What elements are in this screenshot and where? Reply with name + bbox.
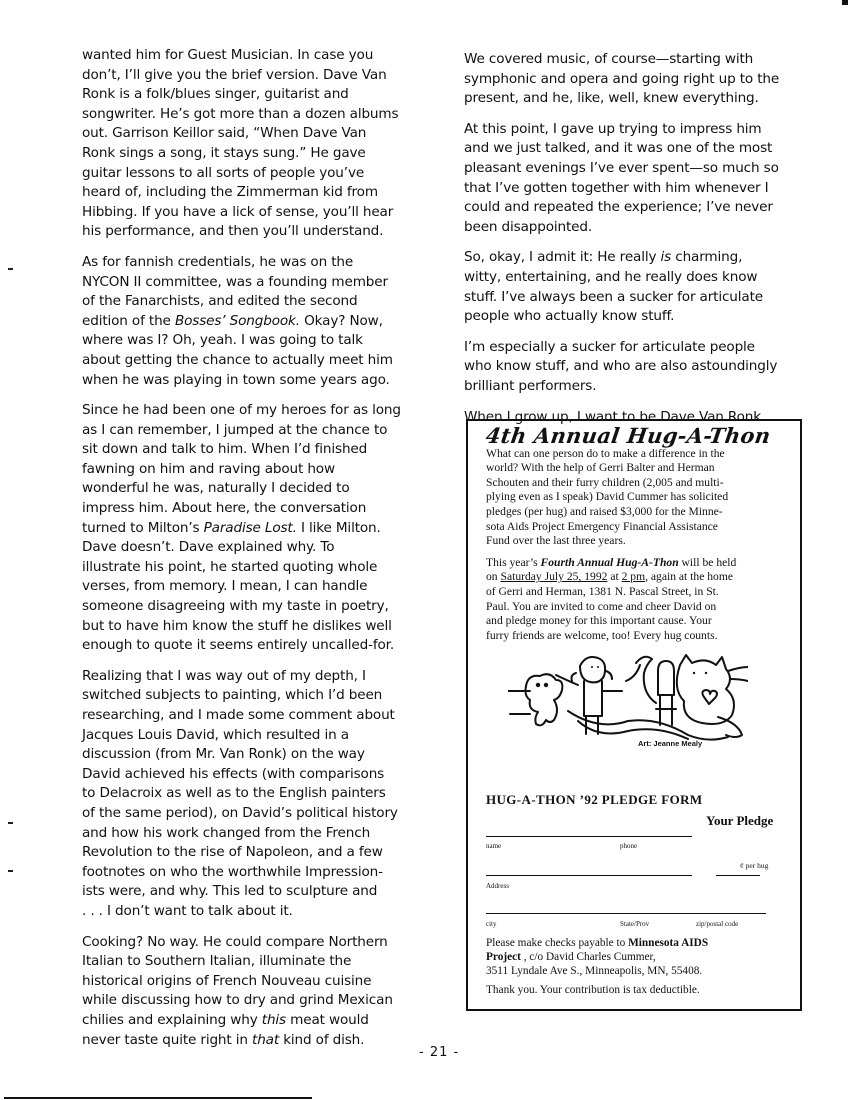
text-line: present, and he, like, well, knew everyt… <box>464 89 809 109</box>
text-line: on Saturday July 25, 1992 at 2 pm, again… <box>486 570 786 585</box>
text-line: historical origins of French Nouveau cui… <box>82 972 430 992</box>
text-line: enough to quote it seems entirely uncall… <box>82 636 430 656</box>
phone-field-label: phone <box>620 839 637 854</box>
text-line: but to have him know the stuff he dislik… <box>82 617 430 637</box>
text-line: chilies and explaining why this meat wou… <box>82 1011 430 1031</box>
margin-mark <box>8 822 13 824</box>
text-line: footnotes on who the worthwhile Impressi… <box>82 863 430 883</box>
text-run: charming, <box>671 249 742 265</box>
text-run: I like Milton. <box>297 520 381 536</box>
scan-corner-mark <box>842 0 848 5</box>
text-line: sit down and talk to him. When I’d finis… <box>82 440 430 460</box>
name-field-label: name <box>486 839 501 854</box>
emphasis-italic: is <box>661 249 672 265</box>
text-run: on <box>486 570 501 583</box>
text-line: NYCON II committee, was a founding membe… <box>82 273 430 293</box>
text-line: out. Garrison Keillor said, “When Dave V… <box>82 124 430 144</box>
margin-mark <box>8 870 13 872</box>
hugging-animals-illustration <box>508 651 748 746</box>
text-line: heard of, including the Zimmerman kid fr… <box>82 183 430 203</box>
text-line: as I can remember, I jumped at the chanc… <box>82 421 430 441</box>
text-line: ists were, and why. This led to sculptur… <box>82 882 430 902</box>
hugathon-title: 4th Annual Hug-A-Thon <box>485 429 787 444</box>
text-line: pleasant evenings I’ve ever spent—so muc… <box>464 159 809 179</box>
text-line: been disappointed. <box>464 218 809 238</box>
book-title-italic: Bosses’ Songbook. <box>175 313 300 329</box>
hugathon-intro: What can one person do to make a differe… <box>486 447 786 549</box>
text-line: brilliant performers. <box>464 377 809 397</box>
text-line: Ronk sings a song, it stays sung.” He ga… <box>82 144 430 164</box>
text-line: who know stuff, and who are also astound… <box>464 357 809 377</box>
text-line: Please make checks payable to Minnesota … <box>486 937 796 951</box>
text-line: where was I? Oh, yeah. I was going to ta… <box>82 331 430 351</box>
text-line: his performance, and then you’ll underst… <box>82 222 430 242</box>
text-run: never taste quite right in <box>82 1032 252 1048</box>
article-paragraph-9: I’m especially a sucker for articulate p… <box>464 338 809 397</box>
text-line: illustrate his point, he started quoting… <box>82 558 430 578</box>
text-line: This year’s Fourth Annual Hug-A-Thon wil… <box>486 556 786 571</box>
text-line: Italian to Southern Italian, illuminate … <box>82 952 430 972</box>
text-run: turned to Milton’s <box>82 520 204 536</box>
text-run: edition of the <box>82 313 175 329</box>
event-time: 2 pm <box>622 570 646 583</box>
organization-name: Minnesota AIDS <box>628 937 708 949</box>
text-line: turned to Milton’s Paradise Lost. I like… <box>82 519 430 539</box>
text-line: I’m especially a sucker for articulate p… <box>464 338 809 358</box>
newsletter-page: wanted him for Guest Musician. In case y… <box>0 0 850 1100</box>
hugathon-event-details: This year’s Fourth Annual Hug-A-Thon wil… <box>486 556 786 644</box>
text-line: Cooking? No way. He could compare Northe… <box>82 933 430 953</box>
text-run: , again at the home <box>645 570 733 583</box>
text-line: and pledge money for this important caus… <box>486 614 786 629</box>
art-credit: Art: Jeanne Mealy <box>638 737 702 752</box>
hugathon-content: 4th Annual Hug-A-Thon What can one perso… <box>486 421 786 650</box>
text-line: plying even as I speak) David Cummer has… <box>486 490 786 505</box>
text-line: to Delacroix as well as to the English p… <box>82 784 430 804</box>
text-line: world? With the help of Gerri Balter and… <box>486 461 786 476</box>
city-field-label: city <box>486 917 497 932</box>
text-line: stuff. I’ve always been a sucker for art… <box>464 288 809 308</box>
text-line: of Gerri and Herman, 1381 N. Pascal Stre… <box>486 585 786 600</box>
article-paragraph-8: So, okay, I admit it: He really is charm… <box>464 248 809 326</box>
text-line: of the same period), on David’s politica… <box>82 804 430 824</box>
text-line: Jacques Louis David, which resulted in a <box>82 726 430 746</box>
per-hug-label: ¢ per hug <box>740 859 768 874</box>
text-line: impress him. About here, the conversatio… <box>82 499 430 519</box>
text-line: . . . I don’t want to talk about it. <box>82 902 430 922</box>
event-date: Saturday July 25, 1992 <box>501 570 608 583</box>
margin-mark <box>8 268 13 270</box>
text-line: could and repeated the experience; I’ve … <box>464 198 809 218</box>
text-line: pledges (per hug) and raised $3,000 for … <box>486 505 786 520</box>
text-line: songwriter. He’s got more than a dozen a… <box>82 105 430 125</box>
text-line: don’t, I’ll give you the brief version. … <box>82 66 430 86</box>
payable-to: Please make checks payable to Minnesota … <box>486 937 796 978</box>
text-line: We covered music, of course—starting wit… <box>464 50 809 70</box>
text-run: meat would <box>286 1012 369 1028</box>
text-line: So, okay, I admit it: He really is charm… <box>464 248 809 268</box>
article-paragraph-5: Cooking? No way. He could compare Northe… <box>82 933 430 1051</box>
address-field-label: Address <box>486 879 509 894</box>
bottom-rule <box>4 1097 312 1099</box>
text-line: Revolution to the rise of Napoleon, and … <box>82 843 430 863</box>
article-paragraph-3: Since he had been one of my heroes for a… <box>82 401 430 656</box>
text-run: Please make checks payable to <box>486 937 628 949</box>
text-run: Okay? Now, <box>300 313 383 329</box>
text-line: never taste quite right in that kind of … <box>82 1031 430 1051</box>
article-paragraph-4: Realizing that I was way out of my depth… <box>82 667 430 922</box>
text-line: while discussing how to dry and grind Me… <box>82 991 430 1011</box>
text-line: At this point, I gave up trying to impre… <box>464 120 809 140</box>
name-phone-input-line[interactable] <box>486 836 692 837</box>
text-run: kind of dish. <box>279 1032 364 1048</box>
text-line: Fund over the last three years. <box>486 534 786 549</box>
right-article-column: We covered music, of course—starting wit… <box>464 50 809 438</box>
text-line: sota Aids Project Emergency Financial As… <box>486 520 786 535</box>
text-run: chilies and explaining why <box>82 1012 262 1028</box>
organization-name: Project <box>486 951 521 963</box>
zip-field-label: zip/postal code <box>696 917 738 932</box>
text-line: Dave doesn’t. Dave explained why. To <box>82 538 430 558</box>
text-line: Realizing that I was way out of my depth… <box>82 667 430 687</box>
text-line: someone disagreeing with my taste in poe… <box>82 597 430 617</box>
text-line: and how his work changed from the French <box>82 824 430 844</box>
text-line: wonderful he was, naturally I decided to <box>82 479 430 499</box>
text-line: Schouten and their furry children (2,005… <box>486 476 786 491</box>
text-line: furry friends are welcome, too! Every hu… <box>486 629 786 644</box>
text-line: people who actually know stuff. <box>464 307 809 327</box>
text-line: What can one person do to make a differe… <box>486 447 786 462</box>
address-input-line[interactable] <box>486 875 692 876</box>
text-line: switched subjects to painting, which I’d… <box>82 686 430 706</box>
text-line: of the Fanarchists, and edited the secon… <box>82 292 430 312</box>
book-title-italic: Paradise Lost. <box>204 520 297 536</box>
article-paragraph-1: wanted him for Guest Musician. In case y… <box>82 46 430 242</box>
text-line: edition of the Bosses’ Songbook. Okay? N… <box>82 312 430 332</box>
city-state-zip-input-line[interactable] <box>486 913 766 914</box>
text-run: This year’s <box>486 556 541 569</box>
text-line: verses, from memory. I mean, I can handl… <box>82 577 430 597</box>
your-pledge-label: Your Pledge <box>706 814 773 829</box>
state-field-label: State/Prov <box>620 917 649 932</box>
text-line: discussion (from Mr. Van Ronk) on the wa… <box>82 745 430 765</box>
mailing-address: 3511 Lyndale Ave S., Minneapolis, MN, 55… <box>486 965 796 979</box>
text-line: wanted him for Guest Musician. In case y… <box>82 46 430 66</box>
text-line: Paul. You are invited to come and cheer … <box>486 600 786 615</box>
text-run: will be held <box>679 556 737 569</box>
article-paragraph-7: At this point, I gave up trying to impre… <box>464 120 809 238</box>
text-line: when he was playing in town some years a… <box>82 371 430 391</box>
text-line: that I’ve gotten together with him whene… <box>464 179 809 199</box>
text-line: guitar lessons to all sorts of people yo… <box>82 164 430 184</box>
article-paragraph-2: As for fannish credentials, he was on th… <box>82 253 430 390</box>
text-line: Hibbing. If you have a lick of sense, yo… <box>82 203 430 223</box>
text-line: symphonic and opera and going right up t… <box>464 70 809 90</box>
emphasis-italic: this <box>262 1012 286 1028</box>
emphasis-italic: that <box>252 1032 279 1048</box>
text-run: , c/o David Charles Cummer, <box>521 951 656 963</box>
thank-you-note: Thank you. Your contribution is tax dedu… <box>486 984 796 998</box>
text-line: and we just talked, and it was one of th… <box>464 139 809 159</box>
left-article-column: wanted him for Guest Musician. In case y… <box>82 46 430 1061</box>
text-line: Project , c/o David Charles Cummer, <box>486 951 796 965</box>
pledge-amount-input-line[interactable] <box>716 875 760 876</box>
event-name: Fourth Annual Hug-A-Thon <box>541 556 679 569</box>
text-line: Ronk is a folk/blues singer, guitarist a… <box>82 85 430 105</box>
text-run: at <box>607 570 621 583</box>
text-line: about getting the chance to actually mee… <box>82 351 430 371</box>
text-line: As for fannish credentials, he was on th… <box>82 253 430 273</box>
page-number: - 21 - <box>419 1045 459 1060</box>
text-line: David achieved his effects (with compari… <box>82 765 430 785</box>
payment-instructions: Please make checks payable to Minnesota … <box>486 937 796 1004</box>
pledge-form-title: HUG-A-THON ’92 PLEDGE FORM <box>486 793 703 808</box>
text-run: So, okay, I admit it: He really <box>464 249 661 265</box>
text-line: witty, entertaining, and he really does … <box>464 268 809 288</box>
text-line: Since he had been one of my heroes for a… <box>82 401 430 421</box>
hugathon-announcement-box: 4th Annual Hug-A-Thon What can one perso… <box>466 419 802 1011</box>
text-line: fawning on him and raving about how <box>82 460 430 480</box>
text-line: researching, and I made some comment abo… <box>82 706 430 726</box>
article-paragraph-6: We covered music, of course—starting wit… <box>464 50 809 109</box>
